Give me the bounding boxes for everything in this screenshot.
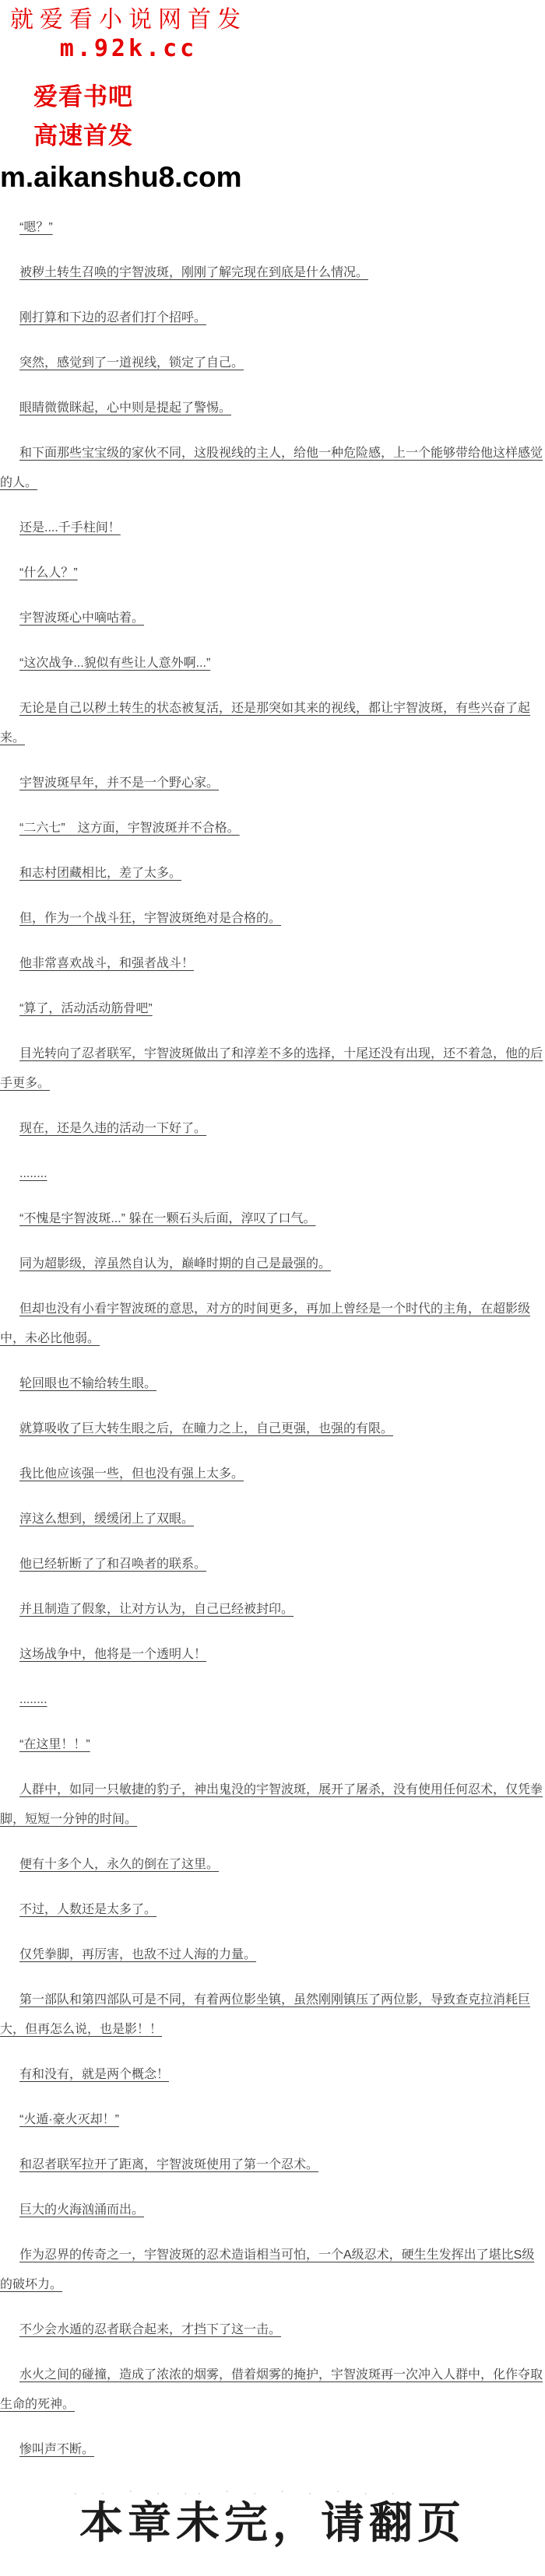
chapter-paragraph: ........ <box>0 1159 545 1189</box>
chapter-paragraph: 淳这么想到，缓缓闭上了双眼。 <box>0 1505 545 1534</box>
chapter-paragraph: 他非常喜欢战斗，和强者战斗！ <box>0 949 545 979</box>
chapter-paragraph: 和志村团藏相比，差了太多。 <box>0 859 545 888</box>
chapter-paragraph: “在这里！！” <box>0 1730 545 1760</box>
chapter-paragraph: 和忍者联军拉开了距离，宇智波斑使用了第一个忍术。 <box>0 2150 545 2180</box>
chapter-paragraph: 突然，感觉到了一道视线，锁定了自己。 <box>0 349 545 378</box>
chapter-paragraph: 这场战争中，他将是一个透明人！ <box>0 1640 545 1670</box>
chapter-paragraph: 并且制造了假象，让对方认为，自己已经被封印。 <box>0 1595 545 1624</box>
chapter-paragraph: ........ <box>0 1685 545 1715</box>
chapter-paragraph: 人群中，如同一只敏捷的豹子，神出鬼没的宇智波斑，展开了屠杀，没有使用任何忍术，仅… <box>0 1775 545 1835</box>
chapter-paragraph: 惨叫声不断。 <box>0 2435 545 2465</box>
banner-site-name: 就爱看小说网首发 <box>0 6 257 34</box>
chapter-paragraph: 我比他应该强一些，但也没有强上太多。 <box>0 1460 545 1489</box>
chapter-paragraph: 不过，人数还是太多了。 <box>0 1895 545 1925</box>
chapter-paragraph: 巨大的火海汹涌而出。 <box>0 2196 545 2225</box>
chapter-paragraph: 作为忍界的传奇之一，宇智波斑的忍术造诣相当可怕，一个A级忍术，硬生生发挥出了堪比… <box>0 2241 545 2300</box>
chapter-paragraph: 和下面那些宝宝级的家伙不同，这股视线的主人，给他一种危险感，上一个能够带给他这样… <box>0 439 545 498</box>
chapter-paragraph: “这次战争...貌似有些让人意外啊...” <box>0 649 545 678</box>
banner-site-url: m.92k.cc <box>0 34 257 64</box>
chapter-paragraph: “什么人？” <box>0 559 545 588</box>
chapter-paragraph: 有和没有，就是两个概念！ <box>0 2060 545 2090</box>
promo-site-name: 爱看书吧 <box>33 84 545 110</box>
chapter-paragraph: 同为超影级，淳虽然自认为，巅峰时期的自己是最强的。 <box>0 1249 545 1279</box>
chapter-paragraph: 水火之间的碰撞，造成了浓浓的烟雾，借着烟雾的掩护，宇智波斑再一次冲入人群中，化作… <box>0 2360 545 2420</box>
chapter-paragraph: 眼睛微微眯起，心中则是提起了警惕。 <box>0 394 545 423</box>
chapter-paragraph: 仅凭拳脚，再厉害，也敌不过人海的力量。 <box>0 1940 545 1970</box>
chapter-paragraph: 就算吸收了巨大转生眼之后，在瞳力之上，自己更强，也强的有限。 <box>0 1414 545 1444</box>
chapter-paragraph: 轮回眼也不输给转生眼。 <box>0 1369 545 1399</box>
chapter-paragraph: “算了，活动活动筋骨吧” <box>0 994 545 1024</box>
chapter-paragraph: “二六七” 这方面，宇智波斑并不合格。 <box>0 814 545 843</box>
chapter-paragraph: 他已经斩断了了和召唤者的联系。 <box>0 1550 545 1579</box>
promo-tagline: 高速首发 <box>33 123 545 149</box>
chapter-paragraph: 刚打算和下边的忍者们打个招呼。 <box>0 303 545 333</box>
chapter-paragraph: 宇智波斑心中嘀咕着。 <box>0 604 545 633</box>
page-incomplete-notice: 本章未完，请翻页 <box>0 2499 545 2547</box>
dots-separator: . . · . .. · . · . · . . <box>74 2485 545 2497</box>
chapter-paragraph: 但却也没有小看宇智波斑的意思，对方的时间更多，再加上曾经是一个时代的主角，在超影… <box>0 1295 545 1354</box>
chapter-paragraph: 现在，还是久违的活动一下好了。 <box>0 1114 545 1144</box>
chapter-paragraph: 但，作为一个战斗狂，宇智波斑绝对是合格的。 <box>0 904 545 934</box>
chapter-paragraph: 还是....千手柱间！ <box>0 513 545 543</box>
chapter-paragraph: 第一部队和第四部队可是不同，有着两位影坐镇，虽然刚刚镇压了两位影，导致查克拉消耗… <box>0 1985 545 2045</box>
chapter-paragraph: “火遁·豪火灭却！” <box>0 2105 545 2135</box>
chapter-paragraph: 宇智波斑早年，并不是一个野心家。 <box>0 769 545 798</box>
promo-block: 爱看书吧 高速首发 m.aikanshu8.com <box>0 84 545 195</box>
novel-reader-page: 就爱看小说网首发 m.92k.cc 爱看书吧 高速首发 m.aikanshu8.… <box>0 0 545 2576</box>
watermark-banner: 就爱看小说网首发 m.92k.cc <box>0 6 257 64</box>
chapter-paragraph: 目光转向了忍者联军，宇智波斑做出了和淳差不多的选择，十尾还没有出现，还不着急，他… <box>0 1039 545 1099</box>
promo-site-domain: m.aikanshu8.com <box>0 160 545 195</box>
chapter-paragraph: 便有十多个人，永久的倒在了这里。 <box>0 1850 545 1880</box>
chapter-paragraph: 无论是自己以秽土转生的状态被复活，还是那突如其来的视线，都让宇智波斑，有些兴奋了… <box>0 694 545 753</box>
chapter-paragraph: 不少会水遁的忍者联合起来，才挡下了这一击。 <box>0 2315 545 2345</box>
chapter-text: “嗯？”被秽土转生召唤的宇智波斑，刚刚了解完现在到底是什么情况。刚打算和下边的忍… <box>0 213 545 2465</box>
chapter-paragraph: 被秽土转生召唤的宇智波斑，刚刚了解完现在到底是什么情况。 <box>0 258 545 288</box>
chapter-paragraph: “不愧是宇智波斑...” 躲在一颗石头后面，淳叹了口气。 <box>0 1204 545 1234</box>
chapter-paragraph: “嗯？” <box>0 213 545 243</box>
